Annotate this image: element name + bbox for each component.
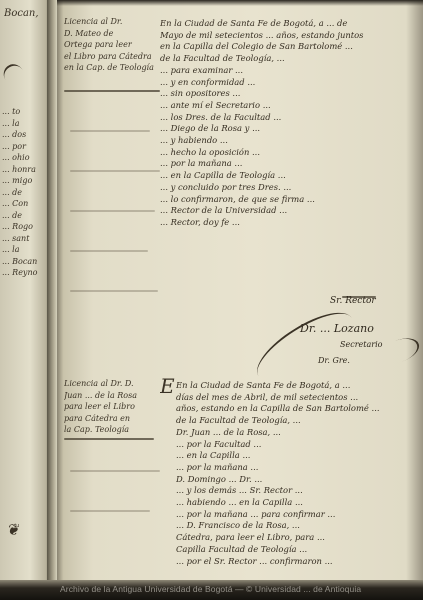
left-page-rubric: ❦ <box>6 520 19 539</box>
entry-1-margin-note: Licencia al Dr. D. Mateo de Ortega para … <box>64 16 172 74</box>
entry-2-initial: E <box>160 374 175 398</box>
top-edge-shadow <box>48 0 423 6</box>
manuscript-scan: Bocan, ... to ... la ... dos ... por ...… <box>0 0 423 600</box>
bleed-through-line <box>70 470 160 472</box>
entry-1-margin-underline <box>64 90 160 92</box>
left-page-header: Bocan, <box>4 8 39 19</box>
signature-secretary: Secretario <box>340 340 382 349</box>
left-page <box>0 0 50 600</box>
entry-2-margin-underline <box>64 438 154 440</box>
bleed-through-line <box>70 170 160 172</box>
left-page-fragments: ... to ... la ... dos ... por ... ohio .… <box>2 106 46 279</box>
bleed-through-line <box>70 130 150 132</box>
bleed-through-line <box>70 250 148 252</box>
signature-rector: Sr. Rector <box>330 296 376 306</box>
entry-2-body: En la Ciudad de Santa Fe de Bogotá, a ..… <box>176 380 420 567</box>
bleed-through-line <box>70 510 150 512</box>
entry-2-margin-note: Licencia al Dr. D. Juan ... de la Rosa p… <box>64 378 160 436</box>
signature-flourish <box>376 333 423 368</box>
bleed-through-line <box>70 210 155 212</box>
book-gutter <box>47 0 57 600</box>
bleed-through-line <box>70 290 158 292</box>
archive-watermark: Archivo de la Antigua Universidad de Bog… <box>60 584 361 594</box>
entry-1-body: En la Ciudad de Santa Fe de Bogotá, a ..… <box>160 18 420 229</box>
